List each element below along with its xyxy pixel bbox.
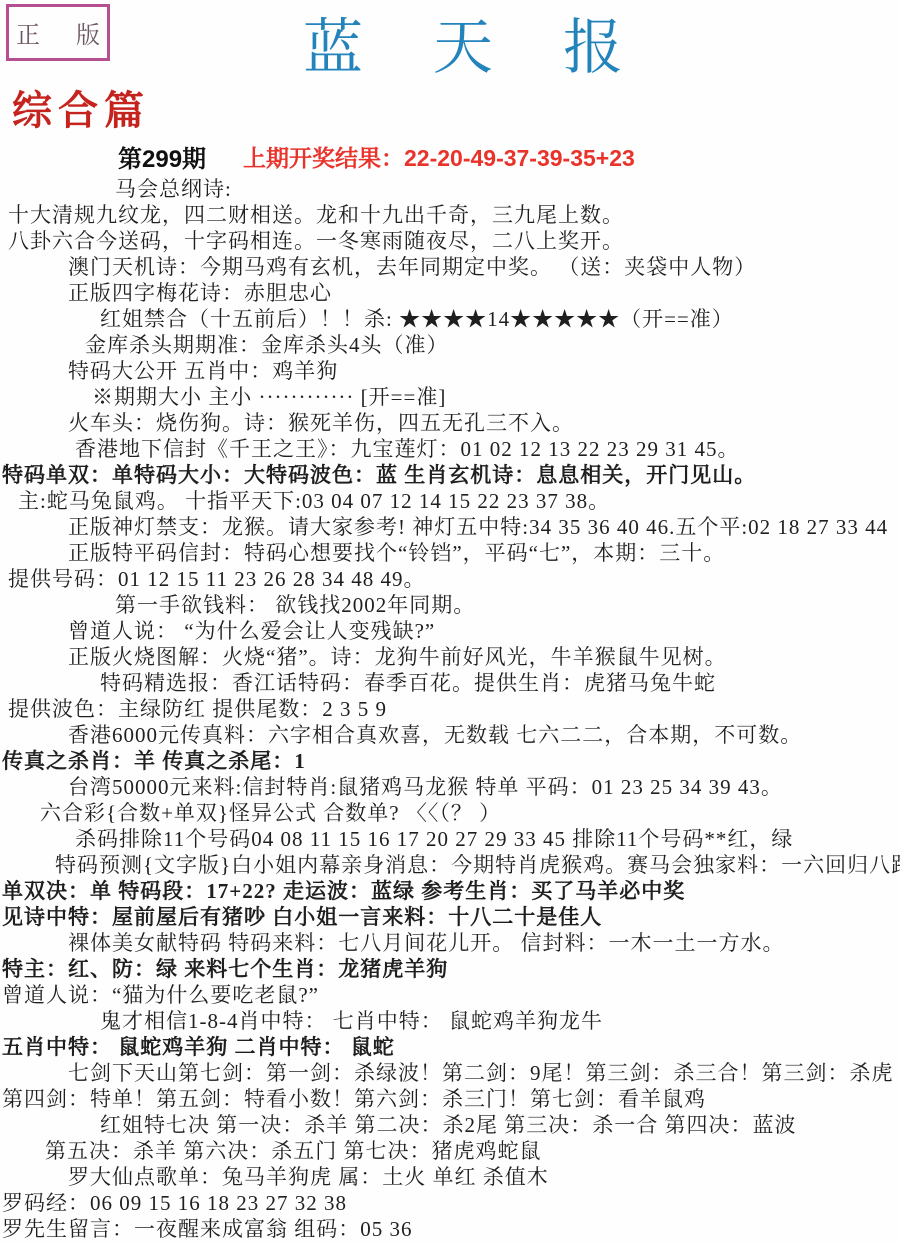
report-line: 红姐禁合（十五前后）！！杀: ★★★★14★★★★★（开==准）	[0, 306, 900, 332]
report-line: 五肖中特： 鼠蛇鸡羊狗 二肖中特： 鼠蛇	[0, 1034, 900, 1060]
report-line: 香港6000元传真料：六字相合真欢喜，无数载 七六二二，合本期，不可数。	[0, 722, 900, 748]
report-line: 提供波色：主绿防红 提供尾数：2 3 5 9	[0, 696, 900, 722]
report-line: 特码预测{文字版}白小姐内幕亲身消息：今期特肖虎猴鸡。赛马会独家料：一六回归八跟…	[0, 852, 900, 878]
report-line: 杀码排除11个号码04 08 11 15 16 17 20 27 29 33 4…	[0, 826, 900, 852]
report-line: 主:蛇马兔鼠鸡。 十指平天下:03 04 07 12 14 15 22 23 3…	[0, 488, 900, 514]
report-line: 六合彩{合数+单双}怪异公式 合数单? 〈〈（？ ）	[0, 800, 900, 826]
report-title: 蓝天报	[303, 12, 693, 84]
report-line: 传真之杀肖：羊 传真之杀尾：1	[0, 748, 900, 774]
report-line: 八卦六合今送码，十字码相连。一冬寒雨随夜尽，二八上奖开。	[0, 228, 900, 254]
edition-badge: 正 版	[6, 4, 110, 61]
report-line: 马会总纲诗:	[0, 176, 900, 202]
section-title: 综合篇	[12, 90, 150, 132]
newspaper-page: 正 版 蓝天报 综合篇 第299期 上期开奖结果：22-20-49-37-39-…	[0, 0, 900, 1243]
report-line: 正版火烧图解：火烧“猪”。诗：龙狗牛前好风光，牛羊猴鼠牛见树。	[0, 644, 900, 670]
report-line: 特码大公开 五肖中：鸡羊狗	[0, 358, 900, 384]
last-draw-result: 上期开奖结果：22-20-49-37-39-35+23	[243, 140, 635, 173]
report-line: 裸体美女献特码 特码来料：七八月间花儿开。 信封料：一木一土一方水。	[0, 930, 900, 956]
report-line: 正版神灯禁支：龙猴。请大家参考! 神灯五中特:34 35 36 40 46.五个…	[0, 514, 900, 540]
report-line: 特码精选报：香江话特码：春季百花。提供生肖：虎猪马兔牛蛇	[0, 670, 900, 696]
report-line: 第一手欲钱料： 欲钱找2002年同期。	[0, 592, 900, 618]
report-line: ※期期大小 主小 ············ [开==准]	[0, 384, 900, 410]
report-line: 火车头：烧伤狗。诗：猴死羊伤，四五无孔三不入。	[0, 410, 900, 436]
report-line: 金库杀头期期准：金库杀头4头（准）	[0, 332, 900, 358]
report-line: 曾道人说：“猫为什么要吃老鼠?”	[0, 982, 900, 1008]
report-line: 台湾50000元来料:信封特肖:鼠猪鸡马龙猴 特单 平码：01 23 25 34…	[0, 774, 900, 800]
report-line: 单双决：单 特码段：17+22? 走运波：蓝绿 参考生肖：买了马羊必中奖	[0, 878, 900, 904]
report-line: 特码单双：单特码大小：大特码波色：蓝 生肖玄机诗：息息相关，开门见山。	[0, 462, 900, 488]
report-line: 十大清规九纹龙，四二财相送。龙和十九出千奇，三九尾上数。	[0, 202, 900, 228]
report-line: 罗先生留言：一夜醒来成富翁 组码：05 36	[0, 1216, 900, 1242]
issue-number: 第299期	[118, 139, 206, 174]
report-line: 正版四字梅花诗：赤胆忠心	[0, 280, 900, 306]
report-line: 澳门天机诗：今期马鸡有玄机，去年同期定中奖。 （送：夹袋中人物）	[0, 254, 900, 280]
report-line: 见诗中特：屋前屋后有猪吵 白小姐一言来料：十八二十是佳人	[0, 904, 900, 930]
report-line: 罗码经：06 09 15 16 18 23 27 32 38	[0, 1190, 900, 1216]
report-line: 鬼才相信1-8-4肖中特： 七肖中特： 鼠蛇鸡羊狗龙牛	[0, 1008, 900, 1034]
report-line: 第五决：杀羊 第六决：杀五门 第七决：猪虎鸡蛇鼠	[0, 1138, 900, 1164]
report-line: 七剑下天山第七剑：第一剑：杀绿波！第二剑：9尾！第三剑：杀三合！第三剑：杀虎	[0, 1060, 900, 1086]
report-line: 正版特平码信封：特码心想要找个“铃铛”，平码“七”，本期：三十。	[0, 540, 900, 566]
report-line: 提供号码：01 12 15 11 23 26 28 34 48 49。	[0, 566, 900, 592]
report-line: 第四剑：特单！第五剑：特看小数！第六剑：杀三门！第七剑：看羊鼠鸡	[0, 1086, 900, 1112]
report-body: 马会总纲诗: 十大清规九纹龙，四二财相送。龙和十九出千奇，三九尾上数。 八卦六合…	[0, 176, 900, 1242]
report-line: 罗大仙点歌单：兔马羊狗虎 属：土火 单红 杀值木	[0, 1164, 900, 1190]
report-line: 红姐特七决 第一决：杀羊 第二决：杀2尾 第三决：杀一合 第四决：蓝波	[0, 1112, 900, 1138]
report-line: 曾道人说： “为什么爱会让人变残缺?”	[0, 618, 900, 644]
report-line: 香港地下信封《千王之王》：九宝莲灯：01 02 12 13 22 23 29 3…	[0, 436, 900, 462]
report-line: 特主：红、防：绿 来料七个生肖：龙猪虎羊狗	[0, 956, 900, 982]
